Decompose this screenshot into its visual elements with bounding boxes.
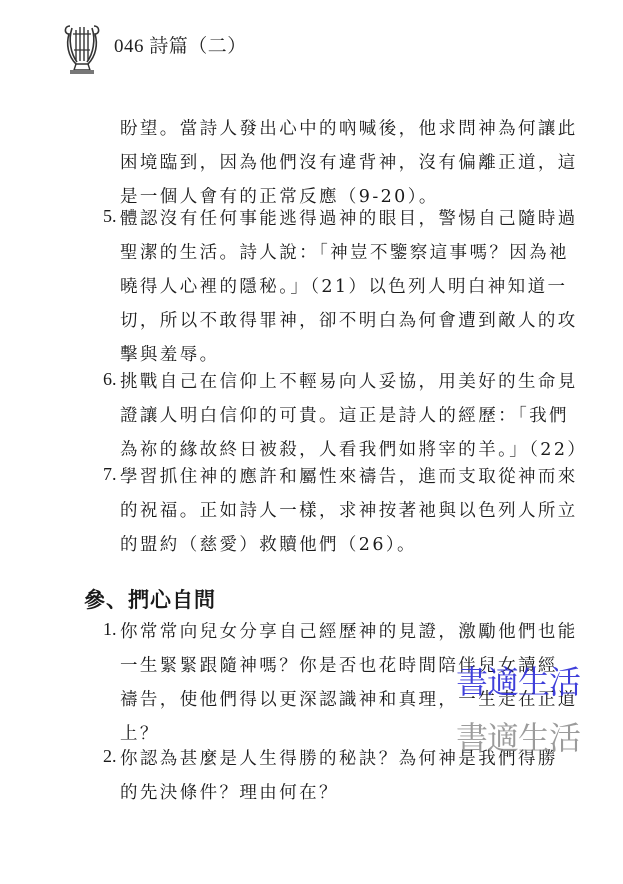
list-number: 6.: [103, 369, 117, 390]
list-number: 7.: [103, 464, 117, 485]
section-heading: 參、捫心自問: [84, 584, 216, 614]
text-line: 上？: [120, 723, 160, 745]
chapter-title: 046 詩篇（二）: [114, 31, 247, 58]
text-line: 證讓人明白信仰的可貴。這正是詩人的經歷：「我們: [120, 405, 569, 427]
list-number: 2.: [103, 746, 117, 767]
text-line: 挑戰自己在信仰上不輕易向人妥協，用美好的生命見: [120, 371, 578, 393]
list-number: 5.: [103, 206, 117, 227]
text-line: 的先決條件？理由何在？: [120, 782, 339, 804]
text-line: 是一個人會有的正常反應（9-20）。: [120, 186, 439, 208]
text-line: 困境臨到，因為他們沒有違背神，沒有偏離正道，這: [120, 152, 578, 174]
text-line: 曉得人心裡的隱秘。」（21）以色列人明白神知道一: [120, 276, 567, 298]
text-line: 切，所以不敢得罪神，卻不明白為何會遭到敵人的攻: [120, 310, 578, 332]
watermark-primary: 書適生活: [456, 657, 580, 703]
text-line: 的祝福。正如詩人一樣，求神按著祂與以色列人所立: [120, 500, 578, 522]
watermark-secondary: 書適生活: [456, 713, 580, 759]
lyre-icon: [62, 20, 102, 76]
text-line: 的盟約（慈愛）救贖他們（26）。: [120, 534, 417, 556]
list-number: 1.: [103, 619, 117, 640]
text-line: 你常常向兒女分享自己經歷神的見證，激勵他們也能: [120, 621, 578, 643]
text-line: 為祢的緣故終日被殺，人看我們如將宰的羊。」（22）: [120, 439, 587, 461]
text-line: 體認沒有任何事能逃得過神的眼目，警惕自己隨時過: [120, 208, 578, 230]
text-line: 聖潔的生活。詩人說：「神豈不鑒察這事嗎？因為祂: [120, 242, 569, 264]
page-header: 046 詩篇（二）: [62, 18, 247, 78]
text-line: 盼望。當詩人發出心中的吶喊後，他求問神為何讓此: [120, 118, 578, 140]
text-line: 擊與羞辱。: [120, 344, 220, 366]
text-line: 學習抓住神的應許和屬性來禱告，進而支取從神而來: [120, 466, 578, 488]
